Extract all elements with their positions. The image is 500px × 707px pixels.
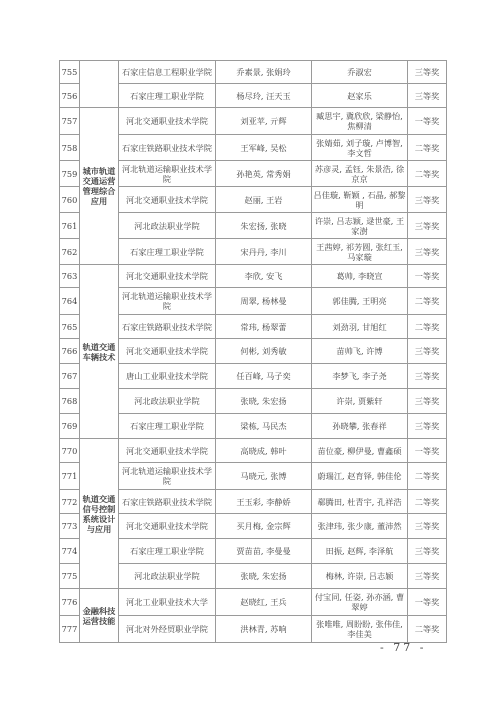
award-cell: 一等奖	[408, 589, 447, 616]
school-cell: 河北交通职业技术学院	[119, 439, 216, 463]
award-cell: 三等奖	[408, 61, 447, 84]
row-number: 775	[60, 564, 80, 589]
school-cell: 河北轨道运输职业技术学院	[119, 463, 216, 490]
row-number: 777	[60, 616, 80, 643]
row-number: 773	[60, 514, 80, 539]
students-cell: 梅林, 许崇, 吕志颖	[312, 564, 408, 589]
row-number: 763	[60, 265, 80, 288]
row-number: 759	[60, 161, 80, 187]
teachers-cell: 朱宏扬, 张晓	[216, 213, 312, 239]
table-row: 773河北交通职业技术学院买月梅, 金宗辉张津玮, 张少康, 董沛然三等奖	[60, 514, 447, 539]
award-cell: 一等奖	[408, 439, 447, 463]
award-cell: 二等奖	[408, 315, 447, 339]
teachers-cell: 任百峰, 马子奕	[216, 364, 312, 389]
school-cell: 河北轨道运输职业技术学院	[119, 161, 216, 187]
students-cell: 臧思宇, 冀欣欣, 梁静怡, 焦柳清	[312, 108, 408, 135]
school-cell: 河北交通职业技术学院	[119, 265, 216, 288]
category-cell: 轨道交通车辆技术	[80, 265, 119, 439]
row-number: 776	[60, 589, 80, 616]
table-row: 761河北政法职业学院朱宏扬, 张晓许崇, 吕志颖, 逯世豪, 王家澍三等奖	[60, 213, 447, 239]
teachers-cell: 孙艳英, 常秀娟	[216, 161, 312, 187]
students-cell: 吕佳璇, 靳颖 , 石晶, 郝黎明	[312, 187, 408, 213]
table-row: 774石家庄理工职业学院贾苗苗, 李曼曼田振, 赵辉, 李泽航三等奖	[60, 539, 447, 564]
category-cell: 城市轨道交通运营管理综合应用	[80, 108, 119, 265]
students-cell: 郭佳腾, 王明亮	[312, 288, 408, 315]
table-row: 756石家庄理工职业学院杨尽玲, 汪天玉赵家乐三等奖	[60, 84, 447, 108]
teachers-cell: 张晓, 朱宏扬	[216, 389, 312, 414]
row-number: 756	[60, 84, 80, 108]
award-cell: 三等奖	[408, 339, 447, 364]
teachers-cell: 刘亚苹, 亓辉	[216, 108, 312, 135]
row-number: 762	[60, 239, 80, 265]
teachers-cell: 赵晓红, 王兵	[216, 589, 312, 616]
school-cell: 河北交通职业技术学院	[119, 514, 216, 539]
table-row: 770轨道交通信号控制系统设计与应用河北交通职业技术学院高晓成, 韩叶苗位豪, …	[60, 439, 447, 463]
awards-table: 755石家庄信息工程职业学院乔素景, 张娟玲乔淑宏三等奖756石家庄理工职业学院…	[59, 60, 447, 643]
students-cell: 乔淑宏	[312, 61, 408, 84]
row-number: 758	[60, 135, 80, 161]
teachers-cell: 王军峰, 吴松	[216, 135, 312, 161]
award-cell: 三等奖	[408, 364, 447, 389]
row-number: 767	[60, 364, 80, 389]
students-cell: 蔚瑞江, 赵育铎, 韩佳伦	[312, 463, 408, 490]
students-cell: 苏彦灵, 孟钰, 朱景浩, 徐京京	[312, 161, 408, 187]
students-cell: 付宝同, 任姿, 孙亦涵, 曹翠婷	[312, 589, 408, 616]
table-row: 767唐山工业职业技术学院任百峰, 马子奕李梦飞, 李子尧三等奖	[60, 364, 447, 389]
category-cell	[80, 61, 119, 108]
school-cell: 石家庄铁路职业技术学院	[119, 315, 216, 339]
school-cell: 石家庄铁路职业技术学院	[119, 490, 216, 514]
row-number: 761	[60, 213, 80, 239]
table-row: 757城市轨道交通运营管理综合应用河北交通职业技术学院刘亚苹, 亓辉臧思宇, 冀…	[60, 108, 447, 135]
award-cell: 二等奖	[408, 288, 447, 315]
award-cell: 二等奖	[408, 161, 447, 187]
award-cell: 三等奖	[408, 239, 447, 265]
school-cell: 河北政法职业学院	[119, 389, 216, 414]
table-row: 777河北对外经贸职业学院洪林青, 苏响张唯唯, 周盼盼, 张伟佳, 李佳美二等…	[60, 616, 447, 643]
table-row: 763轨道交通车辆技术河北交通职业技术学院李欣, 安飞葛帅, 李晓宣一等奖	[60, 265, 447, 288]
students-cell: 田振, 赵辉, 李泽航	[312, 539, 408, 564]
category-cell: 轨道交通信号控制系统设计与应用	[80, 439, 119, 589]
table-row: 755石家庄信息工程职业学院乔素景, 张娟玲乔淑宏三等奖	[60, 61, 447, 84]
award-cell: 一等奖	[408, 108, 447, 135]
row-number: 765	[60, 315, 80, 339]
teachers-cell: 李欣, 安飞	[216, 265, 312, 288]
row-number: 757	[60, 108, 80, 135]
students-cell: 张津玮, 张少康, 董沛然	[312, 514, 408, 539]
table-row: 759河北轨道运输职业技术学院孙艳英, 常秀娟苏彦灵, 孟钰, 朱景浩, 徐京京…	[60, 161, 447, 187]
teachers-cell: 周翠, 杨林曼	[216, 288, 312, 315]
teachers-cell: 梁栋, 马民杰	[216, 414, 312, 439]
teachers-cell: 王玉彩, 李静娇	[216, 490, 312, 514]
row-number: 770	[60, 439, 80, 463]
award-cell: 三等奖	[408, 539, 447, 564]
row-number: 771	[60, 463, 80, 490]
row-number: 774	[60, 539, 80, 564]
row-number: 769	[60, 414, 80, 439]
school-cell: 唐山工业职业技术学院	[119, 364, 216, 389]
teachers-cell: 乔素景, 张娟玲	[216, 61, 312, 84]
school-cell: 河北交通职业技术学院	[119, 108, 216, 135]
table-row: 775河北政法职业学院张晓, 朱宏扬梅林, 许崇, 吕志颖三等奖	[60, 564, 447, 589]
school-cell: 河北交通职业技术学院	[119, 339, 216, 364]
teachers-cell: 马晓元, 张博	[216, 463, 312, 490]
row-number: 764	[60, 288, 80, 315]
school-cell: 河北政法职业学院	[119, 564, 216, 589]
students-cell: 张婧茹, 刘子璇, 卢博智, 李文哲	[312, 135, 408, 161]
table-row: 768河北政法职业学院张晓, 朱宏扬许崇, 贾紫轩三等奖	[60, 389, 447, 414]
students-cell: 许崇, 吕志颖, 逯世豪, 王家澍	[312, 213, 408, 239]
teachers-cell: 张晓, 朱宏扬	[216, 564, 312, 589]
school-cell: 石家庄信息工程职业学院	[119, 61, 216, 84]
school-cell: 河北政法职业学院	[119, 213, 216, 239]
awards-table-body: 755石家庄信息工程职业学院乔素景, 张娟玲乔淑宏三等奖756石家庄理工职业学院…	[60, 61, 447, 643]
row-number: 760	[60, 187, 80, 213]
category-cell: 金融科技运营技能	[80, 589, 119, 643]
award-cell: 一等奖	[408, 265, 447, 288]
school-cell: 河北轨道运输职业技术学院	[119, 288, 216, 315]
school-cell: 石家庄理工职业学院	[119, 239, 216, 265]
school-cell: 河北工业职业技术大学	[119, 589, 216, 616]
students-cell: 苗位豪, 柳伊曼, 曹鑫硕	[312, 439, 408, 463]
award-cell: 二等奖	[408, 135, 447, 161]
teachers-cell: 何彬, 刘秀敏	[216, 339, 312, 364]
award-cell: 三等奖	[408, 414, 447, 439]
row-number: 772	[60, 490, 80, 514]
table-row: 776金融科技运营技能河北工业职业技术大学赵晓红, 王兵付宝同, 任姿, 孙亦涵…	[60, 589, 447, 616]
students-cell: 张唯唯, 周盼盼, 张伟佳, 李佳美	[312, 616, 408, 643]
table-row: 765石家庄铁路职业技术学院常玮, 杨翠蕾刘劲羽, 甘旭红二等奖	[60, 315, 447, 339]
table-row: 760河北交通职业技术学院赵丽, 王岩吕佳璇, 靳颖 , 石晶, 郝黎明三等奖	[60, 187, 447, 213]
students-cell: 孙晓攀, 张春祥	[312, 414, 408, 439]
award-cell: 三等奖	[408, 389, 447, 414]
table-row: 762石家庄理工职业学院宋丹丹, 李川王茜婷, 祁芳圆, 张红玉, 马家璇三等奖	[60, 239, 447, 265]
students-cell: 苗帅飞, 许博	[312, 339, 408, 364]
table-row: 769石家庄理工职业学院梁栋, 马民杰孙晓攀, 张春祥三等奖	[60, 414, 447, 439]
students-cell: 李梦飞, 李子尧	[312, 364, 408, 389]
school-cell: 河北交通职业技术学院	[119, 187, 216, 213]
award-cell: 三等奖	[408, 564, 447, 589]
award-cell: 三等奖	[408, 213, 447, 239]
teachers-cell: 买月梅, 金宗辉	[216, 514, 312, 539]
table-row: 764河北轨道运输职业技术学院周翠, 杨林曼郭佳腾, 王明亮二等奖	[60, 288, 447, 315]
students-cell: 刘劲羽, 甘旭红	[312, 315, 408, 339]
students-cell: 许崇, 贾紫轩	[312, 389, 408, 414]
teachers-cell: 杨尽玲, 汪天玉	[216, 84, 312, 108]
school-cell: 石家庄理工职业学院	[119, 84, 216, 108]
teachers-cell: 宋丹丹, 李川	[216, 239, 312, 265]
page-number: - 77 -	[380, 641, 426, 654]
students-cell: 王茜婷, 祁芳圆, 张红玉, 马家璇	[312, 239, 408, 265]
award-cell: 二等奖	[408, 616, 447, 643]
students-cell: 葛帅, 李晓宣	[312, 265, 408, 288]
award-cell: 三等奖	[408, 187, 447, 213]
row-number: 766	[60, 339, 80, 364]
award-cell: 三等奖	[408, 514, 447, 539]
award-cell: 三等奖	[408, 84, 447, 108]
award-cell: 二等奖	[408, 463, 447, 490]
row-number: 768	[60, 389, 80, 414]
teachers-cell: 贾苗苗, 李曼曼	[216, 539, 312, 564]
school-cell: 河北对外经贸职业学院	[119, 616, 216, 643]
table-row: 766河北交通职业技术学院何彬, 刘秀敏苗帅飞, 许博三等奖	[60, 339, 447, 364]
school-cell: 石家庄铁路职业技术学院	[119, 135, 216, 161]
teachers-cell: 洪林青, 苏响	[216, 616, 312, 643]
row-number: 755	[60, 61, 80, 84]
table-row: 772石家庄铁路职业技术学院王玉彩, 李静娇郗腾田, 杜青宇, 孔祥浩二等奖	[60, 490, 447, 514]
students-cell: 赵家乐	[312, 84, 408, 108]
award-cell: 二等奖	[408, 490, 447, 514]
school-cell: 石家庄理工职业学院	[119, 539, 216, 564]
school-cell: 石家庄理工职业学院	[119, 414, 216, 439]
table-row: 758石家庄铁路职业技术学院王军峰, 吴松张婧茹, 刘子璇, 卢博智, 李文哲二…	[60, 135, 447, 161]
teachers-cell: 高晓成, 韩叶	[216, 439, 312, 463]
students-cell: 郗腾田, 杜青宇, 孔祥浩	[312, 490, 408, 514]
table-row: 771河北轨道运输职业技术学院马晓元, 张博蔚瑞江, 赵育铎, 韩佳伦二等奖	[60, 463, 447, 490]
teachers-cell: 常玮, 杨翠蕾	[216, 315, 312, 339]
teachers-cell: 赵丽, 王岩	[216, 187, 312, 213]
